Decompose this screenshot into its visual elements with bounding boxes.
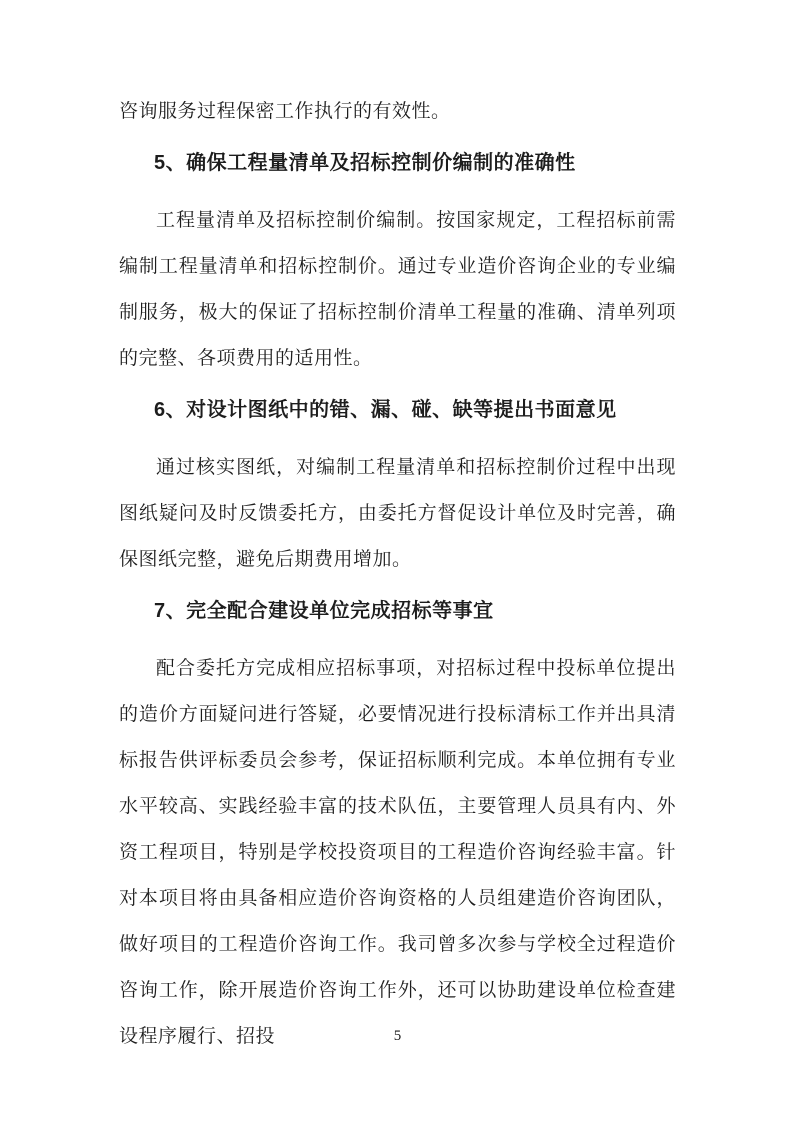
paragraph: 咨询服务过程保密工作执行的有效性。 — [119, 89, 676, 135]
section-heading: 5、确保工程量清单及招标控制价编制的准确性 — [119, 140, 676, 186]
page-footer: 5 — [119, 1026, 676, 1046]
section-heading: 6、对设计图纸中的错、漏、碰、缺等提出书面意见 — [119, 387, 676, 433]
paragraph: 工程量清单及招标控制价编制。按国家规定，工程招标前需编制工程量清单和招标控制价。… — [119, 198, 676, 382]
document-page: 咨询服务过程保密工作执行的有效性。5、确保工程量清单及招标控制价编制的准确性工程… — [0, 0, 793, 1122]
paragraph: 通过核实图纸，对编制工程量清单和招标控制价过程中出现图纸疑问及时反馈委托方，由委… — [119, 445, 676, 583]
paragraph: 配合委托方完成相应招标事项，对招标过程中投标单位提出的造价方面疑问进行答疑，必要… — [119, 646, 676, 1060]
page-number: 5 — [394, 1028, 402, 1044]
section-heading: 7、完全配合建设单位完成招标等事宜 — [119, 588, 676, 634]
document-body: 咨询服务过程保密工作执行的有效性。5、确保工程量清单及招标控制价编制的准确性工程… — [119, 89, 676, 1060]
